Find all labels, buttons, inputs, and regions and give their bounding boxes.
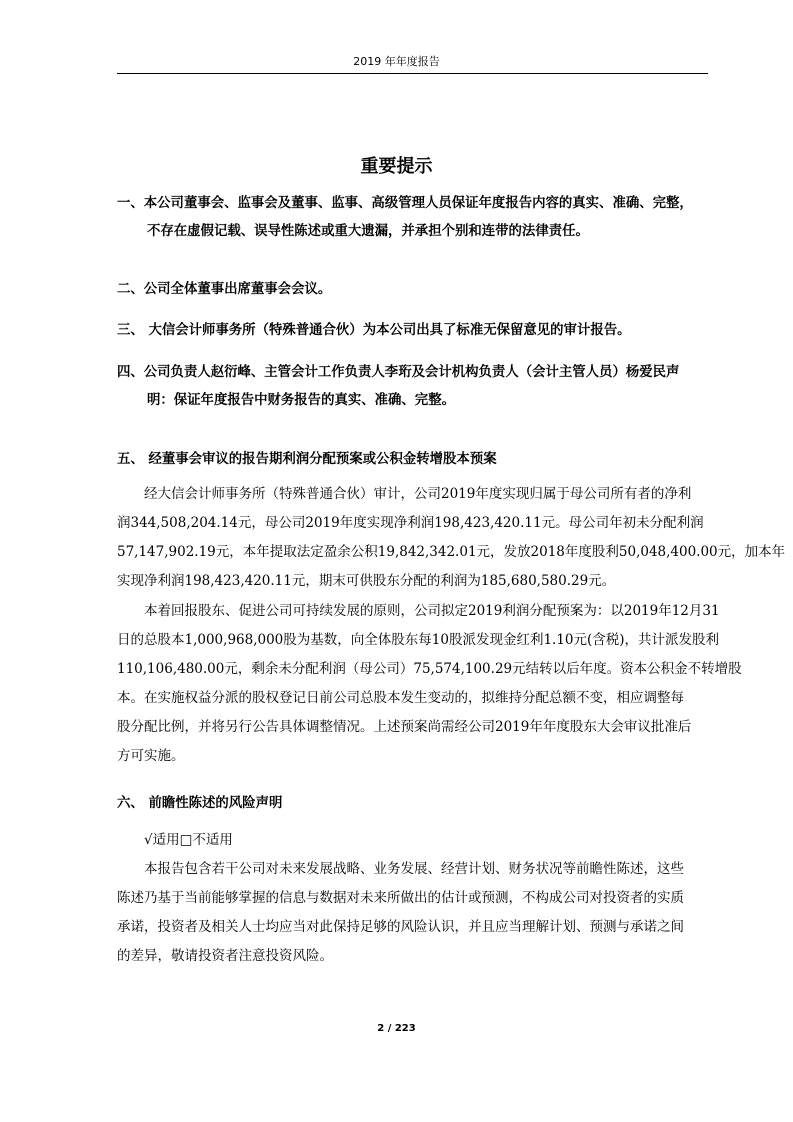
notice-line: 明：保证年度报告中财务报告的真实、准确、完整。	[117, 387, 717, 415]
page-number: 2 / 223	[0, 1023, 793, 1034]
text-line: 本报告包含若干公司对未来发展战略、业务发展、经营计划、财务状况等前瞻性陈述，这些	[117, 855, 717, 884]
text-line: 经大信会计师事务所（特殊普通合伙）审计，公司2019年度实现归属于母公司所有者的…	[117, 480, 717, 509]
text-line: 日的总股本1,000,968,000股为基数，向全体股东每10股派发现金红利1.…	[117, 626, 717, 655]
section-5-paragraph-2: 本着回报股东、促进公司可持续发展的原则，公司拟定2019利润分配预案为：以201…	[117, 597, 717, 771]
header-rule	[117, 73, 708, 74]
text-line: 的差异，敬请投资者注意投资风险。	[117, 942, 717, 971]
notice-num: 三、	[117, 323, 144, 338]
notice-3: 三、 大信会计师事务所（特殊普通合伙）为本公司出具了标准无保留意见的审计报告。	[117, 317, 717, 345]
applicability-checkbox: √适用□不适用	[117, 826, 717, 855]
text-line: 本着回报股东、促进公司可持续发展的原则，公司拟定2019利润分配预案为：以201…	[117, 597, 717, 626]
notice-line: 不存在虚假记载、误导性陈述或重大遗漏，并承担个别和连带的法律责任。	[117, 218, 717, 246]
notice-line: 公司负责人赵衍峰、主管会计工作负责人李珩及会计机构负责人（会计主管人员）杨爱民声	[144, 365, 680, 380]
section-6-heading: 六、 前瞻性陈述的风险声明	[117, 790, 717, 818]
notice-num: 一、	[117, 196, 144, 211]
section-6-body: √适用□不适用 本报告包含若干公司对未来发展战略、业务发展、经营计划、财务状况等…	[117, 826, 717, 971]
text-line: 承诺，投资者及相关人士均应当对此保持足够的风险认识，并且应当理解计划、预测与承诺…	[117, 913, 717, 942]
text-line: 陈述乃基于当前能够掌握的信息与数据对未来所做出的估计或预测，不构成公司对投资者的…	[117, 884, 717, 913]
text-line: 润344,508,204.14元，母公司2019年度实现净利润198,423,4…	[117, 509, 717, 538]
notice-num: 二、	[117, 282, 144, 297]
text-line: 方可实施。	[117, 742, 717, 771]
text-line: 110,106,480.00元，剩余未分配利润（母公司）75,574,100.2…	[117, 655, 717, 684]
running-header: 2019 年年度报告	[0, 53, 793, 69]
notice-line: 本公司董事会、监事会及董事、监事、高级管理人员保证年度报告内容的真实、准确、完整…	[144, 196, 693, 211]
notice-4: 四、公司负责人赵衍峰、主管会计工作负责人李珩及会计机构负责人（会计主管人员）杨爱…	[117, 359, 717, 415]
notice-2: 二、公司全体董事出席董事会会议。	[117, 276, 717, 304]
section-5-heading: 五、 经董事会审议的报告期利润分配预案或公积金转增股本预案	[117, 446, 717, 474]
section-5-paragraph-1: 经大信会计师事务所（特殊普通合伙）审计，公司2019年度实现归属于母公司所有者的…	[117, 480, 717, 596]
notice-line: 公司全体董事出席董事会会议。	[144, 282, 331, 297]
text-line: 股分配比例，并将另行公告具体调整情况。上述预案尚需经公司2019年年度股东大会审…	[117, 713, 717, 742]
notice-1: 一、本公司董事会、监事会及董事、监事、高级管理人员保证年度报告内容的真实、准确、…	[117, 190, 717, 246]
text-line: 57,147,902.19元，本年提取法定盈余公积19,842,342.01元，…	[117, 538, 717, 567]
notice-line: 大信会计师事务所（特殊普通合伙）为本公司出具了标准无保留意见的审计报告。	[144, 323, 631, 338]
notice-num: 四、	[117, 365, 144, 380]
text-line: 本。在实施权益分派的股权登记日前公司总股本发生变动的，拟维持分配总额不变，相应调…	[117, 684, 717, 713]
text-line: 实现净利润198,423,420.11元，期末可供股东分配的利润为185,680…	[117, 567, 717, 596]
page-title: 重要提示	[0, 152, 793, 178]
